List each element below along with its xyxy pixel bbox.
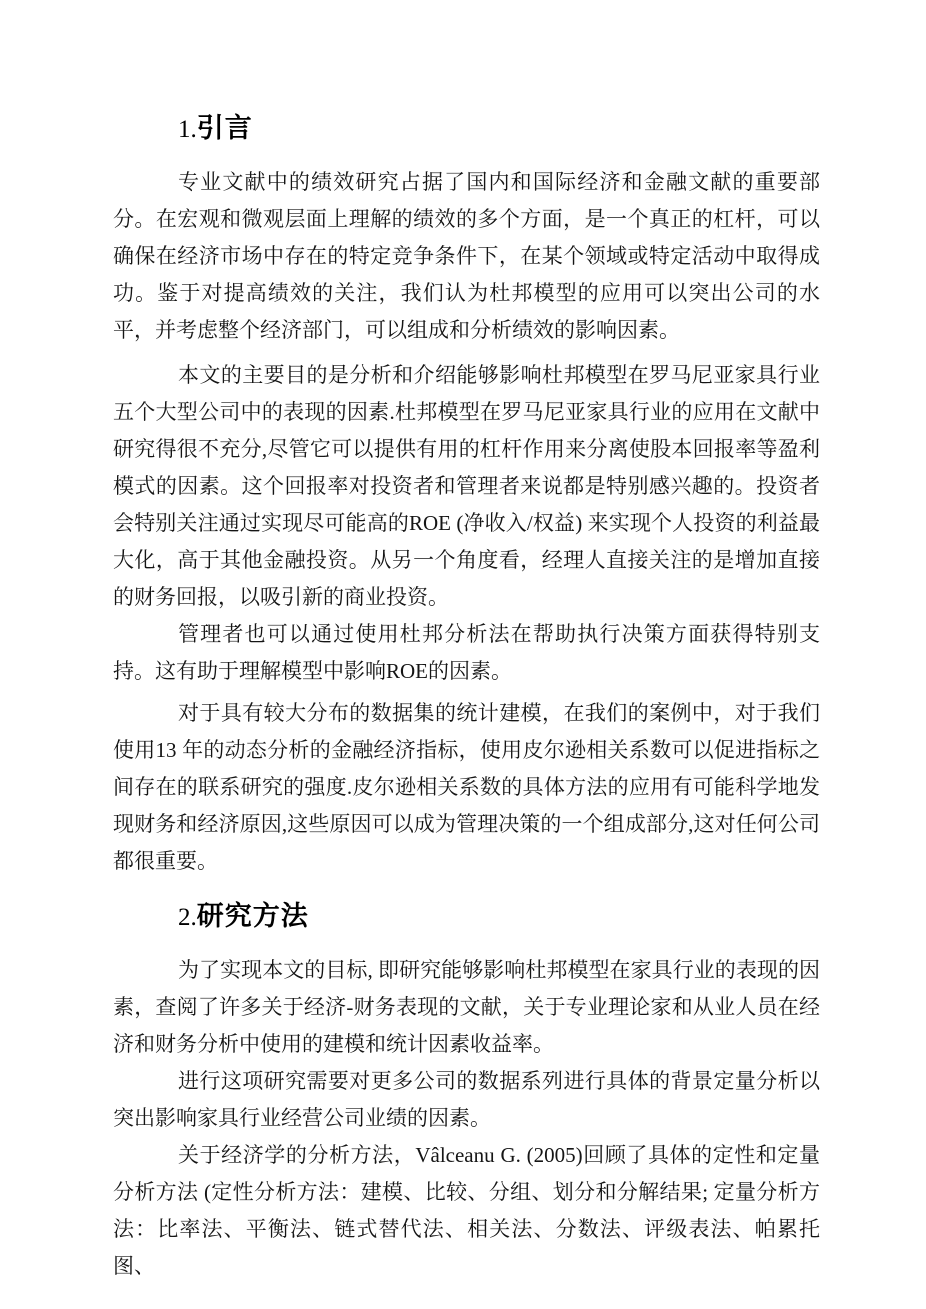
paragraph-intro-performance: 专业文献中的绩效研究占据了国内和国际经济和金融文献的重要部分。在宏观和微观层面上… (113, 164, 820, 349)
section-2-heading: 2.研究方法 (113, 896, 820, 938)
document-page: 1.引言 专业文献中的绩效研究占据了国内和国际经济和金融文献的重要部分。在宏观和… (0, 0, 926, 1309)
page-content: 1.引言 专业文献中的绩效研究占据了国内和国际经济和金融文献的重要部分。在宏观和… (0, 0, 926, 1285)
section-1-title: 引言 (197, 113, 253, 143)
paragraph-paper-purpose: 本文的主要目的是分析和介绍能够影响杜邦模型在罗马尼亚家具行业五个大型公司中的表现… (113, 357, 820, 616)
paragraph-quantitative-analysis: 进行这项研究需要对更多公司的数据系列进行具体的背景定量分析以突出影响家具行业经营… (113, 1063, 820, 1137)
section-1-number: 1. (178, 116, 197, 143)
section-2-number: 2. (178, 904, 197, 931)
paragraph-statistical-modeling: 对于具有较大分布的数据集的统计建模，在我们的案例中，对于我们使用13 年的动态分… (113, 695, 820, 880)
paragraph-method-goal: 为了实现本文的目标, 即研究能够影响杜邦模型在家具行业的表现的因素，查阅了许多关… (113, 952, 820, 1063)
section-1-heading: 1.引言 (113, 106, 820, 150)
section-2-title: 研究方法 (197, 901, 309, 931)
paragraph-managers-dupont: 管理者也可以通过使用杜邦分析法在帮助执行决策方面获得特别支持。这有助于理解模型中… (113, 616, 820, 690)
paragraph-valceanu-methods: 关于经济学的分析方法，Vâlceanu G. (2005)回顾了具体的定性和定量… (113, 1137, 820, 1285)
